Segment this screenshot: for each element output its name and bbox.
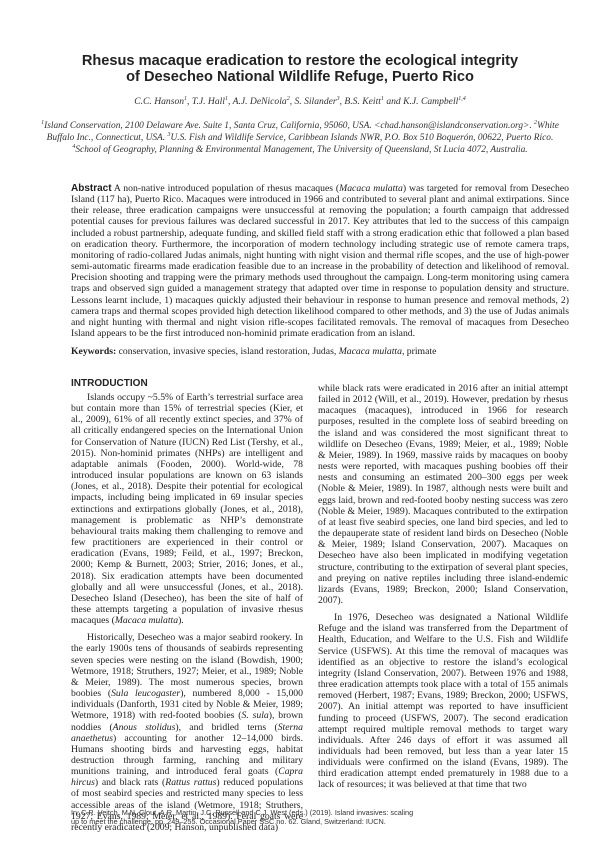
title-line-2: of Desecheo National Wildlife Refuge, Pu…	[40, 69, 560, 85]
keywords: Keywords: conservation, invasive species…	[71, 346, 569, 358]
paragraph: Islands occupy ~5.5% of Earth’s terrestr…	[71, 392, 303, 626]
author-list: C.C. Hanson1, T.J. Hall1, A.J. DeNicola2…	[40, 96, 560, 108]
affiliation: U.S. Fish and Wildlife Service, Caribbea…	[170, 133, 553, 143]
right-column: while black rats were eradicated in 2016…	[318, 383, 568, 797]
paragraph: while black rats were eradicated in 2016…	[318, 383, 568, 606]
paragraph: In 1976, Desecheo was designated a Natio…	[318, 612, 568, 791]
section-heading-introduction: INTRODUCTION	[71, 378, 148, 389]
abstract-label: Abstract	[71, 183, 112, 194]
left-column: Islands occupy ~5.5% of Earth’s terrestr…	[71, 392, 303, 839]
abstract: Abstract A non-native introduced populat…	[71, 183, 569, 339]
paragraph: Historically, Desecheo was a major seabi…	[71, 632, 303, 833]
keywords-label: Keywords:	[71, 346, 116, 357]
paper-title: Rhesus macaque eradication to restore th…	[40, 53, 560, 85]
author: A.J. DeNicola2,	[233, 96, 295, 107]
footer-line-1: In: C.R. Veitch, M.N. Clout, A.R. Martin…	[71, 808, 541, 817]
author: S. Silander3,	[295, 96, 345, 107]
title-line-1: Rhesus macaque eradication to restore th…	[40, 53, 560, 69]
citation-footer: In: C.R. Veitch, M.N. Clout, A.R. Martin…	[71, 808, 541, 826]
author: C.C. Hanson1,	[134, 96, 192, 107]
affiliation: Island Conservation, 2100 Delaware Ave. …	[44, 121, 534, 131]
affiliation: School of Geography, Planning & Environm…	[75, 145, 527, 155]
footer-line-2: up to meet the challenge, pp. 249–255. O…	[71, 817, 541, 826]
author: B.S. Keitt1 and	[344, 96, 403, 107]
affiliations: 1Island Conservation, 2100 Delaware Ave.…	[40, 121, 560, 156]
author: T.J. Hall1,	[192, 96, 233, 107]
paper-page: Rhesus macaque eradication to restore th…	[0, 0, 600, 849]
author: K.J. Campbell1,4	[403, 96, 466, 107]
